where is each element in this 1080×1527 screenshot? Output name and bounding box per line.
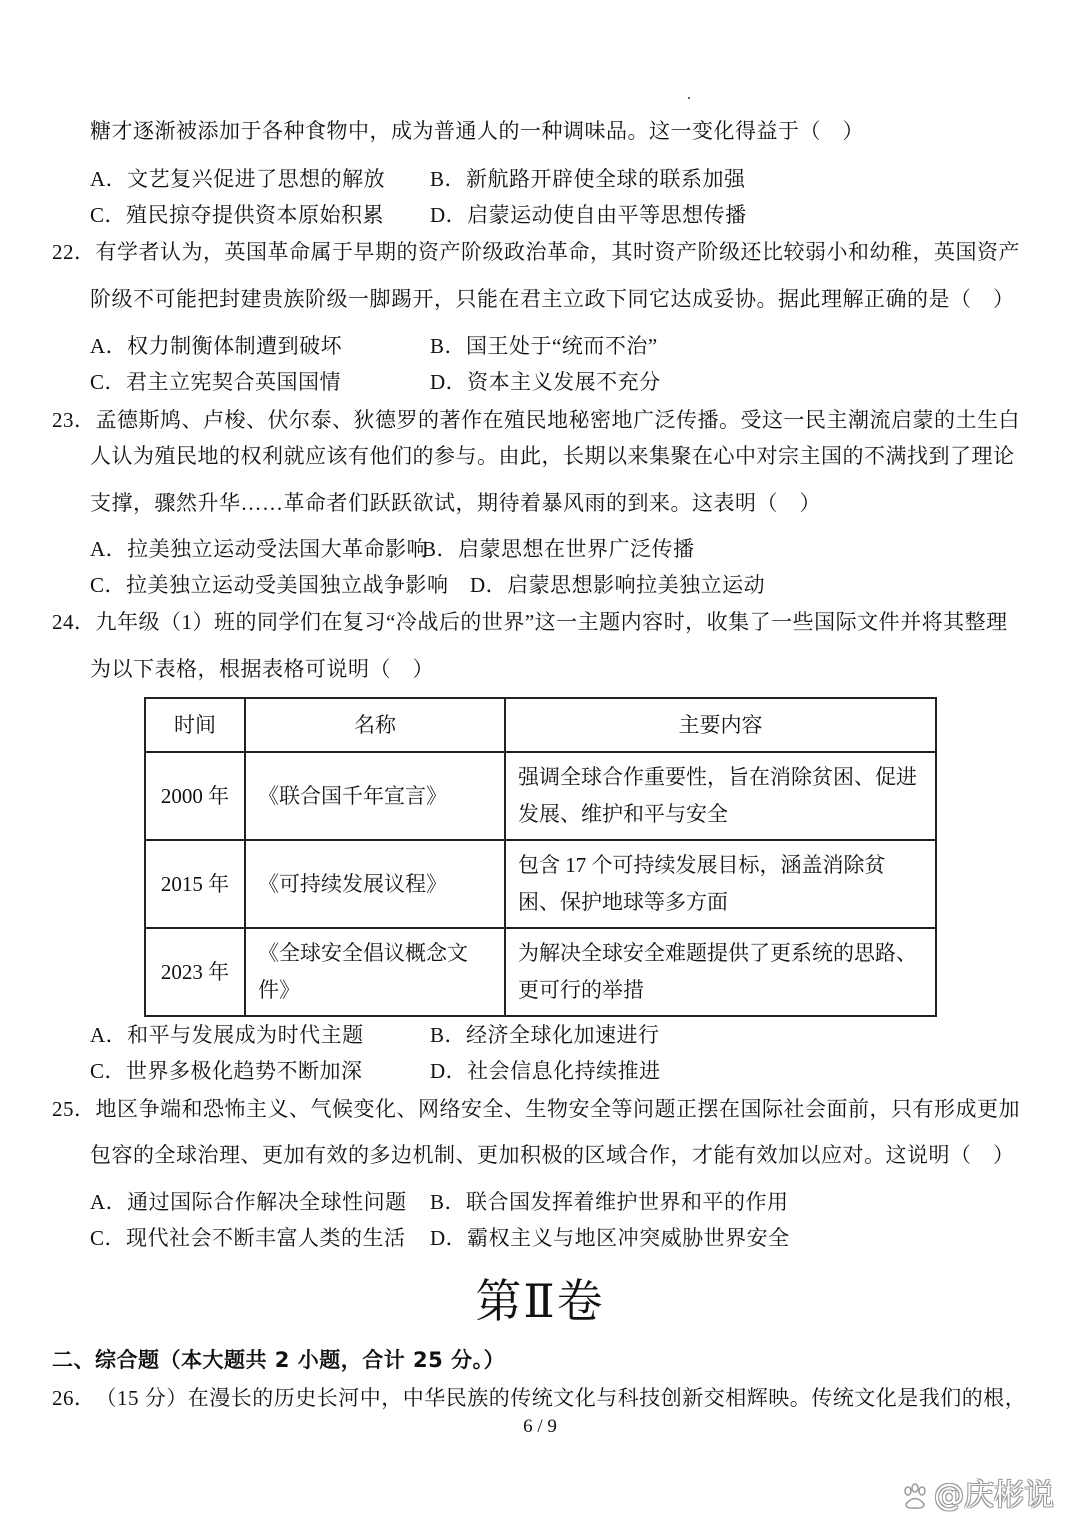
scan-speck (688, 97, 690, 99)
page-number: 6 / 9 (0, 1416, 1080, 1438)
q21-stem: 糖才逐渐被添加于各种食物中，成为普通人的一种调味品。这一变化得益于（ ） (90, 116, 864, 146)
q25-option-a: A．通过国际合作解决全球性问题 (90, 1187, 407, 1217)
q23-text: 孟德斯鸠、卢梭、伏尔泰、狄德罗的著作在殖民地秘密地广泛传播。受这一民主潮流启蒙的… (96, 408, 1021, 432)
q25-option-c: C．现代社会不断丰富人类的生活 (90, 1223, 406, 1253)
q23-stem-line2: 人认为殖民地的权利就应该有他们的参与。由此，长期以来集聚在心中对宗主国的不满找到… (90, 441, 1015, 471)
table-header-row: 时间 名称 主要内容 (145, 698, 936, 752)
table-row: 2015 年 《可持续发展议程》 包含 17 个可持续发展目标，涵盖消除贫困、保… (145, 840, 936, 928)
table-cell-title: 《可持续发展议程》 (245, 840, 505, 928)
table-row: 2000 年 《联合国千年宣言》 强调全球合作重要性，旨在消除贫困、促进发展、维… (145, 752, 936, 840)
q22-option-a: A．权力制衡体制遭到破坏 (90, 331, 342, 361)
q25-text: 地区争端和恐怖主义、气候变化、网络安全、生物安全等问题正摆在国际社会面前，只有形… (96, 1097, 1021, 1121)
q22-stem-line1: 22．有学者认为，英国革命属于早期的资产阶级政治革命，其时资产阶级还比较弱小和幼… (52, 237, 1020, 267)
table-row: 2023 年 《全球安全倡议概念文件》 为解决全球安全难题提供了更系统的思路、更… (145, 928, 936, 1016)
q24-option-c: C．世界多极化趋势不断加深 (90, 1056, 363, 1086)
q22-number: 22． (52, 237, 96, 267)
table-header-content: 主要内容 (505, 698, 936, 752)
q24-number: 24． (52, 607, 96, 637)
section-heading: 二、综合题（本大题共 2 小题，合计 25 分。） (52, 1345, 505, 1375)
q23-stem-line3: 支撑，骤然升华……革命者们跃跃欲试，期待着暴风雨的到来。这表明（ ） (90, 488, 821, 518)
q22-option-c: C．君主立宪契合英国国情 (90, 367, 341, 397)
q24-option-b: B．经济全球化加速进行 (430, 1020, 660, 1050)
table-cell-content: 为解决全球安全难题提供了更系统的思路、更可行的举措 (505, 928, 936, 1016)
q24-option-d: D．社会信息化持续推进 (430, 1056, 661, 1086)
q23-option-d: D．启蒙思想影响拉美独立运动 (470, 570, 765, 600)
q23-option-b: B．启蒙思想在世界广泛传播 (422, 534, 695, 564)
q24-option-a: A．和平与发展成为时代主题 (90, 1020, 364, 1050)
q22-stem-line2: 阶级不可能把封建贵族阶级一脚踢开，只能在君主立政下同它达成妥协。据此理解正确的是… (90, 284, 1015, 314)
table-header-name: 名称 (245, 698, 505, 752)
table-cell-content: 强调全球合作重要性，旨在消除贫困、促进发展、维护和平与安全 (505, 752, 936, 840)
q26-text: （15 分）在漫长的历史长河中，中华民族的传统文化与科技创新交相辉映。传统文化是… (96, 1386, 1027, 1410)
volume-title: 第Ⅱ卷 (0, 1272, 1080, 1332)
q23-option-c: C．拉美独立运动受美国独立战争影响 (90, 570, 449, 600)
watermark: @庆彬说 (900, 1478, 1054, 1514)
q22-text: 有学者认为，英国革命属于早期的资产阶级政治革命，其时资产阶级还比较弱小和幼稚，英… (96, 240, 1021, 264)
table-cell-year: 2015 年 (145, 840, 245, 928)
q23-number: 23． (52, 405, 96, 435)
table-header-time: 时间 (145, 698, 245, 752)
q21-option-a: A．文艺复兴促进了思想的解放 (90, 164, 385, 194)
table-cell-title: 《全球安全倡议概念文件》 (245, 928, 505, 1016)
watermark-text: @庆彬说 (934, 1478, 1054, 1513)
q24-stem-line2: 为以下表格，根据表格可说明（ ） (90, 654, 434, 684)
table-cell-year: 2023 年 (145, 928, 245, 1016)
q22-option-b: B．国王处于“统而不治” (430, 331, 658, 361)
table-cell-year: 2000 年 (145, 752, 245, 840)
q25-number: 25． (52, 1094, 96, 1124)
q26-number: 26． (52, 1383, 96, 1413)
q26-stem-line1: 26．（15 分）在漫长的历史长河中，中华民族的传统文化与科技创新交相辉映。传统… (52, 1383, 1026, 1413)
q21-option-d: D．启蒙运动使自由平等思想传播 (430, 200, 747, 230)
q24-documents-table: 时间 名称 主要内容 2000 年 《联合国千年宣言》 强调全球合作重要性，旨在… (144, 697, 937, 1017)
table-cell-title: 《联合国千年宣言》 (245, 752, 505, 840)
q25-stem-line2: 包容的全球治理、更加有效的多边机制、更加积极的区域合作，才能有效加以应对。这说明… (90, 1140, 1015, 1170)
q23-stem-line1: 23．孟德斯鸠、卢梭、伏尔泰、狄德罗的著作在殖民地秘密地广泛传播。受这一民主潮流… (52, 405, 1020, 435)
table-cell-content: 包含 17 个可持续发展目标，涵盖消除贫困、保护地球等多方面 (505, 840, 936, 928)
q25-option-d: D．霸权主义与地区冲突威胁世界安全 (430, 1223, 790, 1253)
q22-option-d: D．资本主义发展不充分 (430, 367, 661, 397)
q24-stem-line1: 24．九年级（1）班的同学们在复习“冷战后的世界”这一主题内容时，收集了一些国际… (52, 607, 1008, 637)
q23-option-a: A．拉美独立运动受法国大革命影响 (90, 534, 428, 564)
q21-option-b: B．新航路开辟使全球的联系加强 (430, 164, 746, 194)
baidu-paw-icon (900, 1482, 930, 1512)
q25-stem-line1: 25．地区争端和恐怖主义、气候变化、网络安全、生物安全等问题正摆在国际社会面前，… (52, 1094, 1020, 1124)
q24-text: 九年级（1）班的同学们在复习“冷战后的世界”这一主题内容时，收集了一些国际文件并… (96, 610, 1008, 634)
q25-option-b: B．联合国发挥着维护世界和平的作用 (430, 1187, 789, 1217)
q21-option-c: C．殖民掠夺提供资本原始积累 (90, 200, 384, 230)
